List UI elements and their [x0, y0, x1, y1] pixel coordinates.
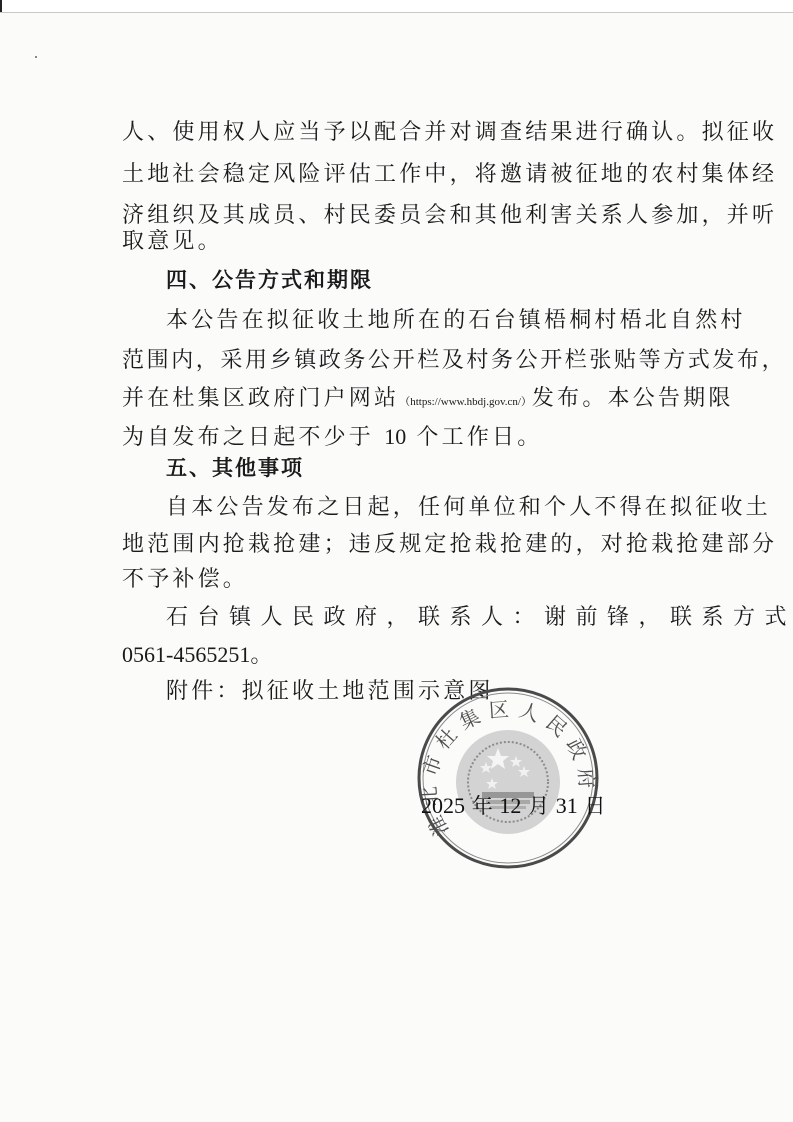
body-line: 范围内，采用乡镇政务公开栏及村务公开栏张贴等方式发布， [122, 346, 786, 376]
body-line: 为自发布之日起不少于 10 个工作日。 [122, 422, 542, 452]
website-url-link[interactable]: （https://www.hbdj.gov.cn/） [399, 396, 532, 408]
body-line: 自本公告发布之日起，任何单位和个人不得在拟征收土 [166, 493, 771, 523]
section-5-heading: 五、其他事项 [166, 453, 304, 483]
contact-phone: 0561-4565251。 [122, 640, 272, 670]
body-line-with-url: 并在杜集区政府门户网站（https://www.hbdj.gov.cn/）发布。… [122, 384, 734, 414]
body-line: 不予补偿。 [122, 565, 248, 595]
section-4-heading: 四、公告方式和期限 [166, 265, 373, 295]
date-day-label: 日 [584, 794, 605, 818]
page-top-edge [0, 0, 793, 13]
date-day: 31 [556, 793, 578, 818]
days-count: 10 [384, 424, 406, 449]
body-line: 人、使用权人应当予以配合并对调查结果进行确认。拟征收 [122, 118, 777, 148]
issue-date: 2025 年 12 月 31 日 [421, 791, 605, 821]
body-line: 本公告在拟征收土地所在的石台镇梧桐村梧北自然村 [166, 306, 746, 336]
date-year-label: 年 [472, 794, 493, 818]
official-seal-icon: 淮北市杜集区人民政府 [416, 686, 600, 870]
date-month-label: 月 [528, 794, 549, 818]
date-month: 12 [499, 793, 521, 818]
body-text: 为自发布之日起不少于 [122, 425, 374, 450]
scan-edge-mark [0, 0, 2, 12]
body-line: 取意见。 [122, 227, 223, 257]
scan-speck [35, 56, 37, 58]
contact-line: 石台镇人民政府，联系人：谢前锋，联系方式： [166, 603, 793, 633]
body-line: 土地社会稳定风险评估工作中，将邀请被征地的农村集体经 [122, 160, 777, 190]
date-year: 2025 [421, 793, 465, 818]
body-text: 个工作日。 [416, 425, 542, 450]
body-text: 发布。本公告期限 [532, 386, 734, 411]
body-line: 地范围内抢栽抢建；违反规定抢栽抢建的，对抢栽抢建部分 [122, 530, 777, 560]
body-text: 并在杜集区政府门户网站 [122, 386, 399, 411]
